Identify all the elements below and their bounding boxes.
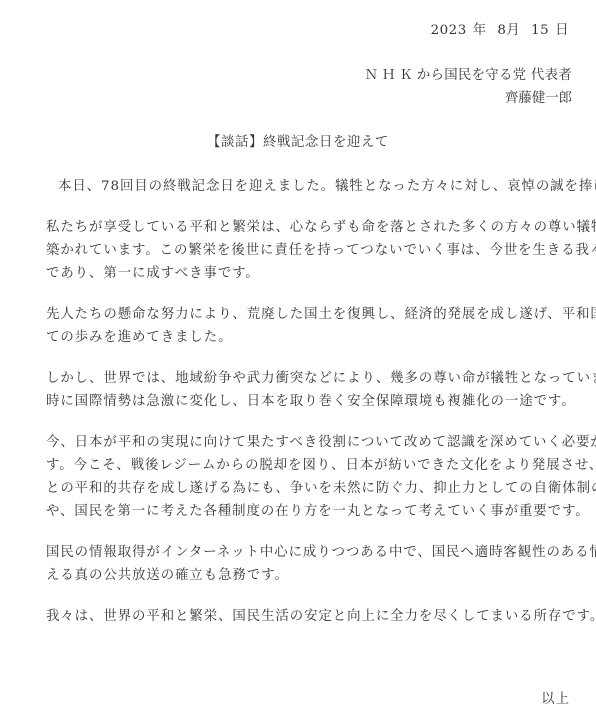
paragraph-2: 私たちが享受している平和と繁栄は、心ならずも命を落とされた多くの方々の尊い犠牲の…: [46, 220, 566, 289]
paragraph-line: 時に国際情勢は急激に変化し、日本を取り巻く安全保障環境も複雑化の一途です。: [46, 394, 566, 417]
paragraph-line: しかし、世界では、地域紛争や武力衝突などにより、幾多の尊い命が犠牲となっています…: [46, 371, 566, 394]
date-year: 2023: [431, 23, 467, 38]
paragraph-line: ての歩みを進めてきました。: [46, 330, 566, 353]
paragraph-line: える真の公共放送の確立も急務です。: [46, 568, 566, 591]
paragraph-line: であり、第一に成すべき事です。: [46, 266, 566, 289]
paragraph-line: 私たちが享受している平和と繁栄は、心ならずも命を落とされた多くの方々の尊い犠牲の…: [46, 220, 566, 243]
representative-name: 齊藤健一郎: [505, 91, 572, 107]
date-day-unit: 日: [555, 23, 569, 38]
paragraph-line: や、国民を第一に考えた各種制度の在り方を一丸となって考えていく事が重要です。: [46, 504, 566, 527]
paragraph-5: 今、日本が平和の実現に向けて果たすべき役割について改めて認識を深めていく必要があ…: [46, 435, 566, 527]
organization-name: ＮＨＫから国民を守る党 代表者: [365, 68, 572, 84]
paragraph-line: 国民の情報取得がインターネット中心に成りつつある中で、国民へ適時客観性のある情報…: [46, 545, 566, 568]
organization-rest: から国民を守る党 代表者: [417, 68, 572, 83]
organization-prefix: ＮＨＫ: [365, 68, 417, 83]
paragraph-7: 我々は、世界の平和と繁栄、国民生活の安定と向上に全力を尽くしてまいる所存です。: [46, 609, 566, 632]
paragraph-4: しかし、世界では、地域紛争や武力衝突などにより、幾多の尊い命が犠牲となっています…: [46, 371, 566, 417]
paragraph-line: 我々は、世界の平和と繁栄、国民生活の安定と向上に全力を尽くしてまいる所存です。: [46, 609, 566, 632]
date-year-unit: 年: [473, 23, 487, 38]
closing-mark: 以上: [541, 692, 570, 708]
document-title: 【談話】終戦記念日を迎えて: [0, 135, 596, 151]
date-month: 8月: [497, 23, 520, 38]
paragraph-line: 先人たちの懸命な努力により、荒廃した国土を復興し、経済的発展を成し遂げ、平和国家…: [46, 307, 566, 330]
paragraph-1: 本日、78回目の終戦記念日を迎えました。犠牲となった方々に対し、哀悼の誠を捧げま…: [58, 179, 578, 202]
paragraph-line: 築かれています。この繁栄を後世に責任を持ってつないでいく事は、今世を生きる我々の…: [46, 243, 566, 266]
paragraph-6: 国民の情報取得がインターネット中心に成りつつある中で、国民へ適時客観性のある情報…: [46, 545, 566, 591]
paragraph-3: 先人たちの懸命な努力により、荒廃した国土を復興し、経済的発展を成し遂げ、平和国家…: [46, 307, 566, 353]
date-day: 15: [531, 23, 549, 38]
paragraph-line: との平和的共存を成し遂げる為にも、争いを未然に防ぐ力、抑止力としての自衛体制の強…: [46, 481, 566, 504]
paragraph-line: 本日、78回目の終戦記念日を迎えました。犠牲となった方々に対し、哀悼の誠を捧げま…: [58, 179, 578, 202]
paragraph-line: 今、日本が平和の実現に向けて果たすべき役割について改めて認識を深めていく必要があ…: [46, 435, 566, 458]
paragraph-line: す。今こそ、戦後レジームからの脱却を図り、日本が紡いできた文化をより発展させ、異…: [46, 458, 566, 481]
document-date: 2023年 8月 15日: [428, 23, 572, 39]
